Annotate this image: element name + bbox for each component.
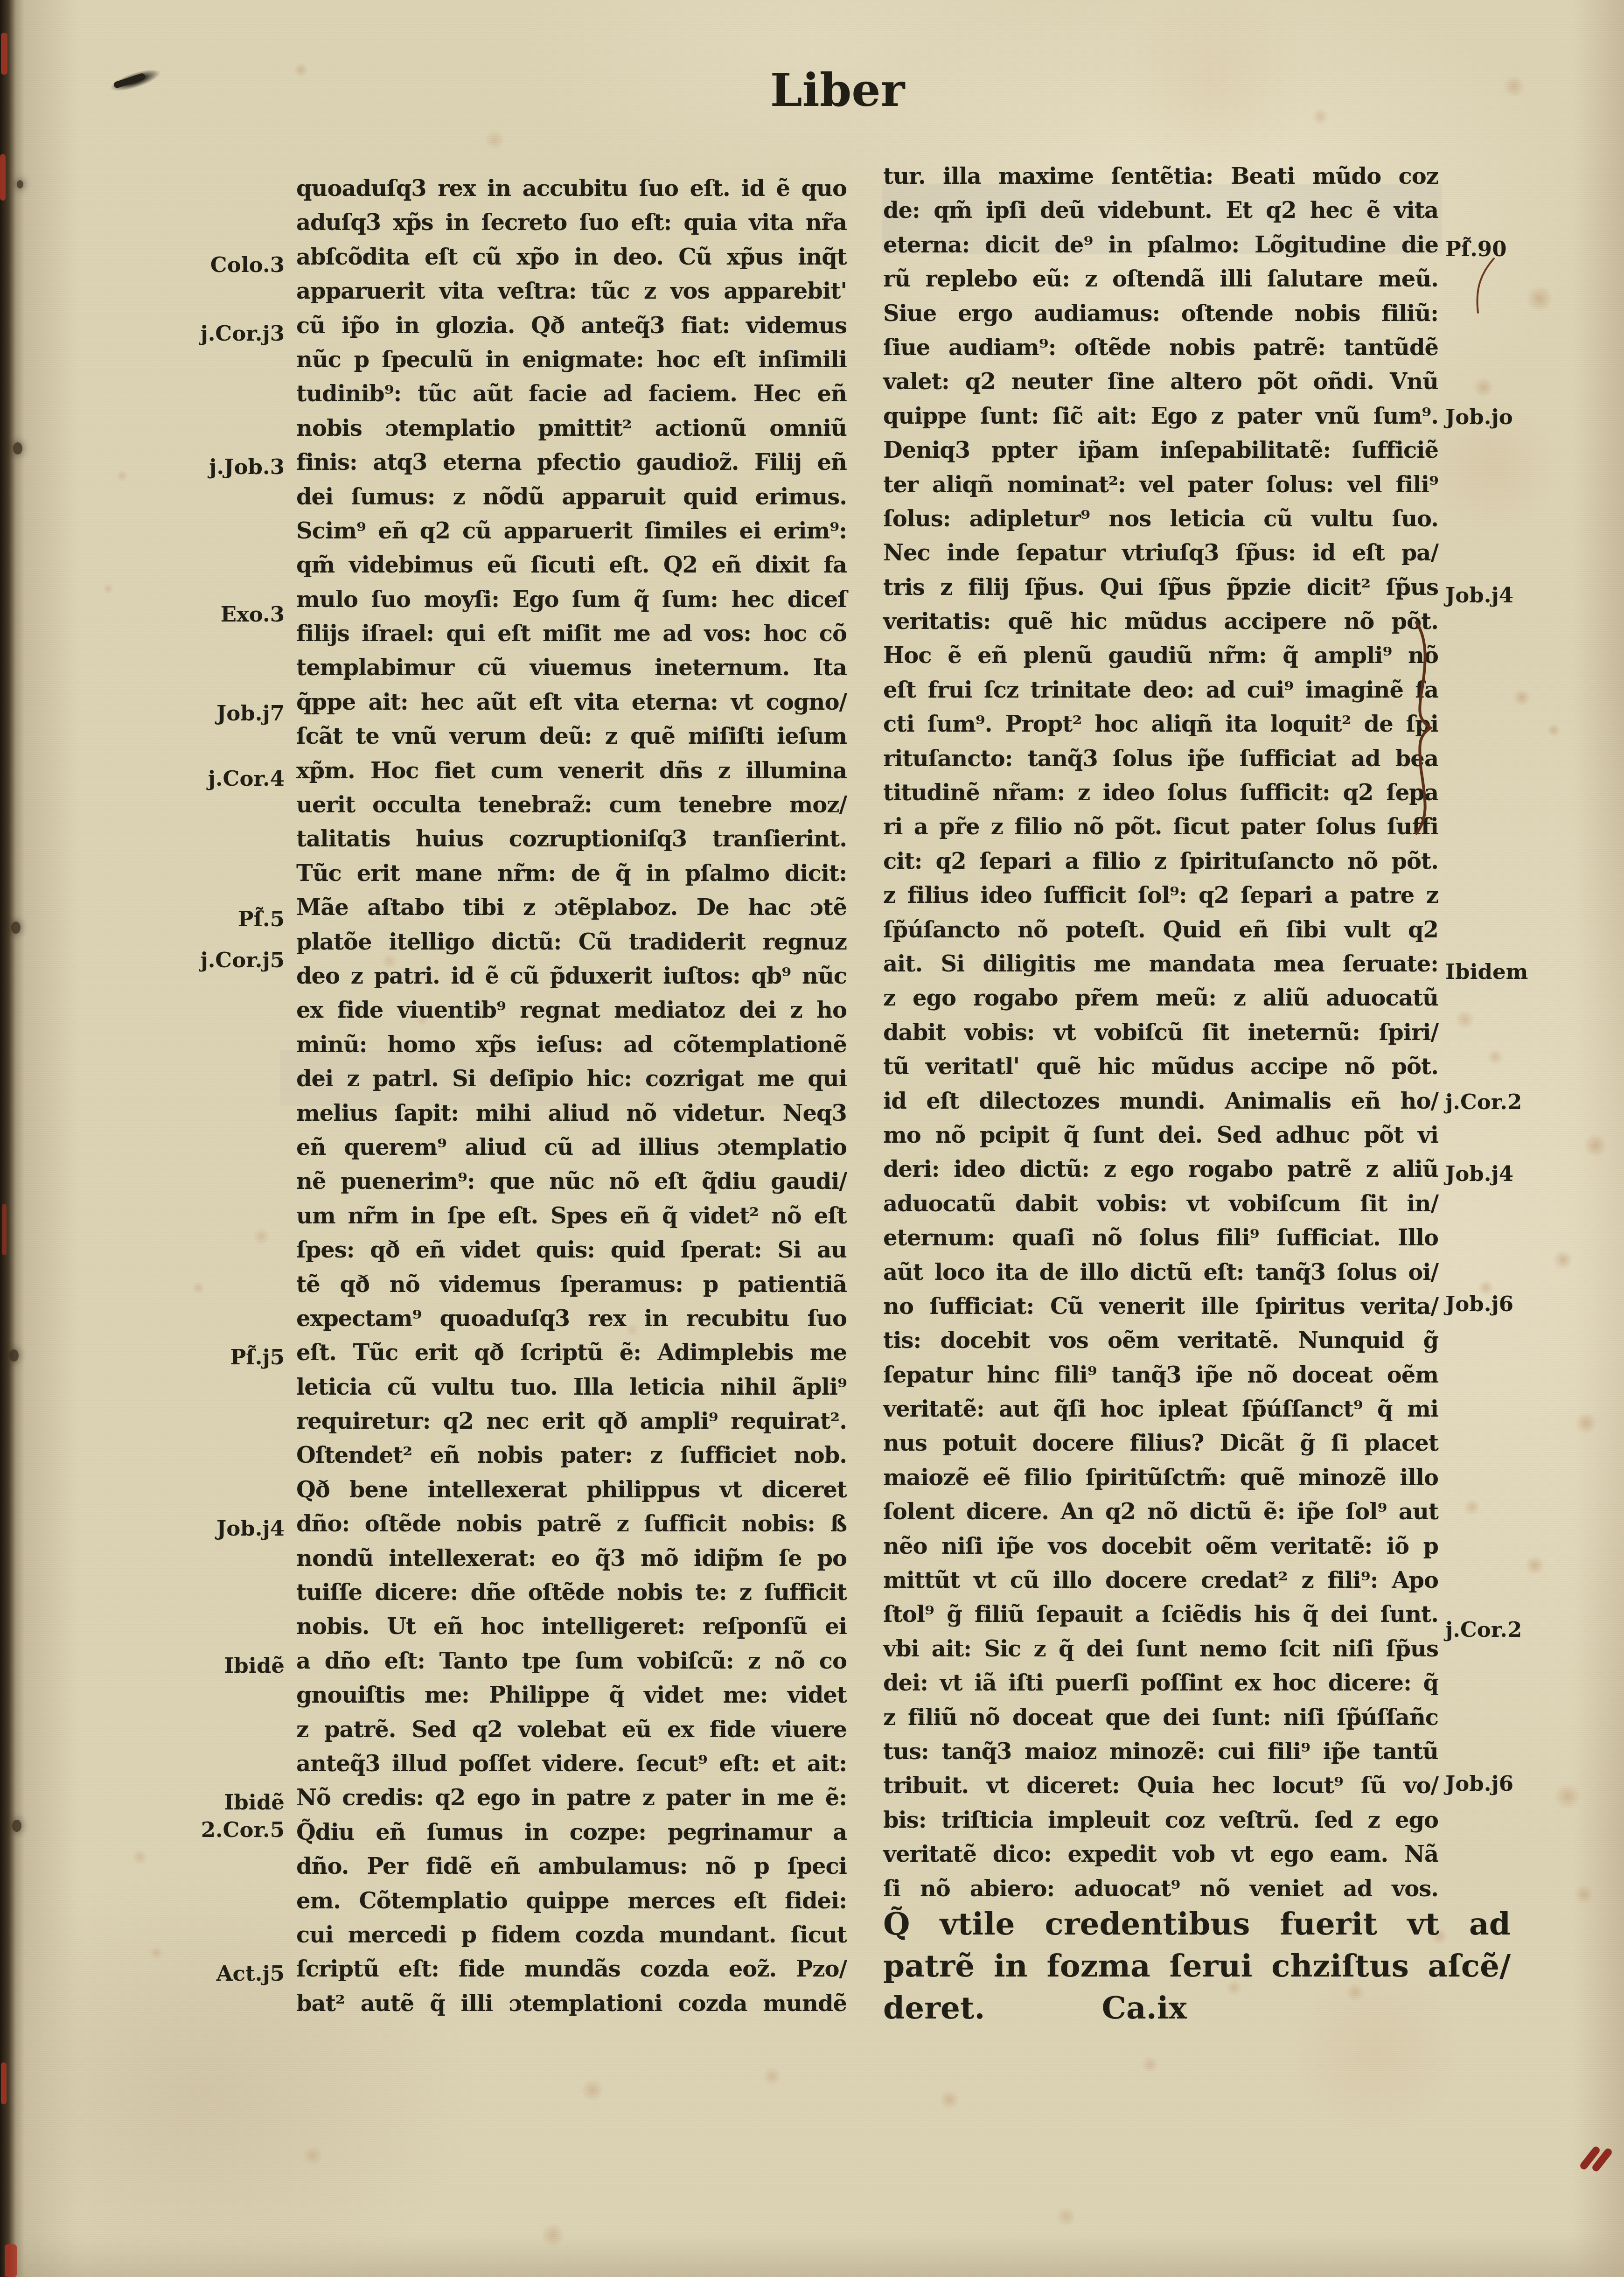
text-line: bat² autẽ q̃ illi ɔtemplationi cozda mun… [296,1987,847,2021]
text-line: maiozẽ eẽ filio ſpiritũſctm̃: quẽ minozẽ… [883,1461,1438,1495]
text-line: minũ: homo xp̃s ieſus: ad cõtemplationẽ [296,1028,847,1062]
text-line: eterna: dicit de⁹ in pſalmo: Lõgitudine … [883,228,1438,262]
text-line: tuiſſe dicere: dñe oſtẽde nobis te: z ſu… [296,1576,847,1610]
chapter-number: Ca.ix [1101,1990,1187,2026]
text-line: ſcãt te vnũ verum deũ: z quẽ miſiſti ieſ… [296,719,847,754]
text-line: expectam⁹ quoaduſq3 rex in recubitu ſuo [296,1302,847,1336]
text-line: tudinib⁹: tũc aũt facie ad faciem. Hec e… [296,377,847,411]
margin-note: Job.j7 [70,699,285,728]
margin-note: Act.j5 [70,1959,285,1988]
text-line: eternum: quaſi nõ ſolus fili⁹ ſufficiat.… [883,1221,1438,1255]
text-line: de: qm̃ ipſi deũ videbunt. Et q2 hec ẽ v… [883,194,1438,228]
chapter-heading-line: patrẽ in fozma ſerui chziſtus aſcẽ/ [883,1945,1511,1987]
text-line: Siue ergo audiamus: oſtende nobis filiũ: [883,297,1438,331]
text-line: uerit occulta tenebraz̃: cum tenebre moz… [296,788,847,822]
text-line: leticia cũ vultu tuo. Illa leticia nihil… [296,1370,847,1404]
text-line: Mãe aſtabo tibi z ɔtẽplaboz. De hac ɔtẽ [296,891,847,925]
text-line: nondũ intellexerat: eo q̃3 mõ idip̃m ſe … [296,1542,847,1576]
red-edge-mark [5,2244,17,2277]
margin-note: Exo.3 [70,600,285,629]
text-line: xp̃m. Hoc fiet cum venerit dñs z illumin… [296,754,847,788]
sewing-hole [13,442,22,454]
margin-note: j.Cor.4 [70,764,285,793]
text-line: deo z patri. id ẽ cũ p̃duxerit iuſtos: q… [296,959,847,993]
chapter-heading-end: deret. [883,1990,985,2026]
text-line: Nõ credis: q2 ego in patre z pater in me… [296,1781,847,1815]
sewing-hole [9,1349,19,1362]
text-line: aduſq3 xp̃s in ſecreto ſuo eſt: quia vit… [296,206,847,240]
margin-note: j.Cor.j5 [70,946,285,975]
text-line: requiretur: q2 nec erit qð ampli⁹ requir… [296,1404,847,1439]
text-line: no ſufficiat: Cũ venerit ille ſpiritus v… [883,1290,1438,1324]
text-line: veritatẽ: aut q̃ſi hoc ipleat ſp̃úſſanct… [883,1392,1438,1426]
text-line: tris z filij ſp̃us. Qui ſp̃us p̃pzie dic… [883,571,1438,605]
margin-note: 2.Cor.5 [70,1816,285,1844]
text-line: um nr̃m in ſpe eſt. Spes eñ q̃ videt² nõ… [296,1199,847,1233]
text-line: finis: atq3 eterna pfectio gaudioz̃. Fil… [296,446,847,480]
margin-note: j.Cor.2 [1445,1615,1623,1644]
red-edge-mark [0,154,6,201]
margin-note: Pſ̃.5 [70,905,285,934]
text-line: talitatis huius cozruptioniſq3 tranſieri… [296,822,847,856]
text-line: dabit vobis: vt vobiſcũ ſit ineternũ: ſp… [883,1016,1438,1050]
text-line: ſi nõ abiero: aduocat⁹ nõ veniet ad vos. [883,1872,1438,1906]
text-line: qm̃ videbimus eũ ſicuti eſt. Q2 eñ dixit… [296,548,847,582]
text-line: nẽo niſi ip̃e vos docebit oẽm veritatẽ: … [883,1530,1438,1564]
text-line: mulo ſuo moyſi: Ego ſum q̃ ſum: hec dice… [296,583,847,617]
text-line: z filiũ nõ doceat que dei ſunt: niſi ſp̃… [883,1701,1438,1735]
chapter-heading-line: Q̃ vtile credentibus fuerit vt ad [883,1903,1511,1945]
text-line: Oſtendet² eñ nobis pater: z ſufficiet no… [296,1439,847,1473]
text-line: cti ſum⁹. Propt² hoc aliqñ ita loquit² d… [883,707,1438,741]
text-line: dño: oſtẽde nobis patrẽ z ſufficit nobis… [296,1507,847,1541]
margin-note: j.Cor.j3 [70,319,285,348]
margin-notes-left: Colo.3j.Cor.j3j.Job.3Exo.3Job.j7j.Cor.4P… [70,0,285,2277]
text-line: dei: vt iã iſti puerſi poſſint ex hoc di… [883,1666,1438,1700]
chapter-heading: Q̃ vtile credentibus fuerit vt ad patrẽ … [883,1903,1511,2029]
text-line: ſcriptũ eſt: fide mundãs cozda eoz̃. Pzo… [296,1952,847,1986]
text-line: eſt. Tũc erit qð ſcriptũ ẽ: Adimplebis m… [296,1336,847,1370]
text-line: Nec inde ſepatur vtriuſq3 ſp̃us: id eſt … [883,536,1438,570]
margin-note: Job.j6 [1445,1290,1623,1319]
sewing-hole [17,180,23,189]
text-line: z ego rogabo pr̃em meũ: z aliũ aduocatũ [883,981,1438,1015]
margin-note: Job.jo [1445,403,1623,432]
margin-note: Ibidem [1445,957,1623,986]
text-line: templabimur cũ viuemus ineternum. Ita [296,651,847,685]
text-line: Qð bene intellexerat philippus vt dicere… [296,1473,847,1507]
text-line: cit: q2 ſepari a filio z ſpirituſancto n… [883,845,1438,879]
red-edge-mark [2,1204,7,1255]
margin-note: j.Cor.2 [1445,1088,1623,1117]
text-line: dei z patrl. Si deſipio hic: cozrigat me… [296,1062,847,1096]
margin-note: Pſ̃.j5 [70,1343,285,1372]
text-line: tẽ qð nõ videmus ſperamus: p patientiã [296,1268,847,1302]
text-line: quoaduſq3 rex in accubitu ſuo eſt. id ẽ … [296,172,847,206]
text-line: em. Cõtemplatio quippe merces eſt fidei: [296,1884,847,1918]
text-line: dño. Per fidẽ eñ ambulamus: nõ p ſpeci [296,1850,847,1884]
text-line: valet: q2 neuter ſine altero põt oñdi. V… [883,365,1438,399]
text-line: nus potuit docere filius? Dicãt g̃ ſi pl… [883,1426,1438,1460]
margin-note: Job.j4 [70,1514,285,1543]
text-line: cui mercedi p fidem cozda mundant. ſicut [296,1918,847,1952]
text-line: aũt loco ita de illo dictũ eſt: tanq̃3 ſ… [883,1256,1438,1290]
sewing-hole [11,922,21,934]
text-line: q̃ppe ait: hec aũt eſt vita eterna: vt c… [296,685,847,719]
text-line: Deniq3 ppter ip̃am inſepabilitatẽ: ſuffi… [883,433,1438,468]
text-line: titudinẽ nr̃am: z ideo ſolus ſufficit: q… [883,776,1438,810]
text-line: ex fide viuentib⁹ regnat mediatoz dei z … [296,993,847,1027]
text-line: melius ſapit: mihi aliud nõ videtur. Neq… [296,1097,847,1131]
text-line: dei ſumus: z nõdũ apparuit quid erimus. [296,480,847,514]
text-column-right: tur. illa maxime ſentẽtia: Beati mũdo co… [883,160,1438,1906]
margin-note: Job.j6 [1445,1769,1623,1798]
text-line: ait. Si diligitis me mandata mea ſeruate… [883,947,1438,981]
text-line: aduocatũ dabit vobis: vt vobiſcum ſit in… [883,1187,1438,1221]
text-line: ſolent dicere. An q2 nõ dictũ ẽ: ip̃e ſo… [883,1495,1438,1529]
text-line: anteq̃3 illud poſſet videre. ſecut⁹ eſt:… [296,1747,847,1781]
text-column-left: quoaduſq3 rex in accubitu ſuo eſt. id ẽ … [296,172,847,2021]
text-line: apparuerit vita veſtra: tũc z vos appare… [296,274,847,308]
text-line: mo nõ pcipit q̃ ſunt dei. Sed adhuc põt … [883,1118,1438,1152]
red-edge-mark [1,2062,7,2104]
text-line: filijs iſrael: qui eſt miſit me ad vos: … [296,617,847,651]
text-line: eſt frui ſcz trinitate deo: ad cui⁹ imag… [883,673,1438,707]
running-title: Liber [739,63,935,117]
text-line: ſp̃úſancto nõ poteſt. Quid eñ ſibi vult … [883,913,1438,947]
text-line: mittũt vt cũ illo docere credat² z fili⁹… [883,1564,1438,1598]
text-line: z patrẽ. Sed q2 volebat eũ ex fide viuer… [296,1713,847,1747]
text-line: Tũc erit mane nr̃m: de q̃ in pſalmo dici… [296,857,847,891]
text-line: ſepatur hinc fili⁹ tanq̃3 ip̃e nõ doceat… [883,1358,1438,1392]
margin-note: Job.j4 [1445,1159,1623,1188]
binding-gutter [0,0,24,2277]
text-line: ter aliqñ nominat²: vel pater ſolus: vel… [883,468,1438,502]
book-page: Liber quoaduſq3 rex in accubitu ſuo eſt.… [0,0,1624,2277]
text-line: id eſt dilectozes mundi. Animalis eñ ho/ [883,1084,1438,1118]
text-line: abſcõdita eſt cũ xp̃o in deo. Cũ xp̃us i… [296,240,847,274]
margin-note: Ibidẽ [70,1651,285,1680]
text-line: veritatis: quẽ hic mũdus accipere nõ põt… [883,605,1438,639]
text-line: ſpes: qð eñ videt quis: quid ſperat: Si … [296,1233,847,1267]
text-line: eñ querem⁹ aliud cũ ad illius ɔtemplatio [296,1131,847,1165]
text-line: vbi ait: Sic z q̃ dei ſunt nemo ſcit niſ… [883,1632,1438,1666]
text-line: nẽ puenerim⁹: que nũc nõ eſt q̃diu gaudi… [296,1165,847,1199]
text-line: quippe ſunt: ſic̃ ait: Ego z pater vnũ ſ… [883,399,1438,433]
text-line: tus: tanq̃3 maioz minozẽ: cui fili⁹ ip̃e… [883,1735,1438,1769]
text-line: z filius ideo ſufficit ſol⁹: q2 ſepari a… [883,879,1438,913]
text-line: veritatẽ dico: expedit vob vt ego eam. N… [883,1837,1438,1872]
chapter-heading-line: deret.Ca.ix [883,1987,1511,2029]
margin-note: Job.j4 [1445,581,1623,610]
text-line: tũ veritatl' quẽ hic mũdus accipe nõ põt… [883,1050,1438,1084]
text-line: ſtol⁹ g̃ filiũ ſepauit a ſciẽdis his q̃ … [883,1598,1438,1632]
text-line: tur. illa maxime ſentẽtia: Beati mũdo co… [883,160,1438,194]
text-line: ri a pr̃e z filio nõ põt. ſicut pater ſo… [883,810,1438,844]
text-line: platõe itelligo dictũ: Cũ tradiderit reg… [296,925,847,959]
margin-brace-icon [1412,621,1440,835]
text-line: ſiue audiam⁹: oſtẽde nobis patrẽ: tantũd… [883,331,1438,365]
sewing-hole [12,1820,21,1832]
text-line: nobis ɔtemplatio pmittit² actionũ omniũ [296,412,847,446]
red-ink-mark [1581,2141,1613,2178]
text-line: tribuit. vt diceret: Quia hec locut⁹ ſũ … [883,1769,1438,1803]
text-line: nobis. Ut eñ hoc intelligeret: reſponſũ … [296,1610,847,1644]
margin-note: j.Job.3 [70,453,285,482]
text-line: ſolus: adipletur⁹ nos leticia cũ vultu ſ… [883,502,1438,536]
text-line: Q̃diu eñ ſumus in cozpe: pegrinamur a [296,1816,847,1850]
text-line: bis: triſticia impleuit coz veſtrũ. ſed … [883,1803,1438,1837]
text-line: tis: docebit vos oẽm veritatẽ. Nunquid g… [883,1324,1438,1358]
pen-flourish-icon [1459,256,1501,316]
red-edge-mark [1,33,7,75]
text-line: Hoc ẽ eñ plenũ gaudiũ nr̃m: q̃ ampli⁹ nõ [883,639,1438,673]
text-line: deri: ideo dictũ: z ego rogabo patrẽ z a… [883,1152,1438,1187]
margin-note: Colo.3 [70,251,285,279]
text-line: gnouiſtis me: Philippe q̃ videt me: vide… [296,1678,847,1712]
text-line: Scim⁹ eñ q2 cũ apparuerit ſimiles ei eri… [296,514,847,548]
margin-note: Ibidẽ [70,1788,285,1817]
text-line: a dño eſt: Tanto tpe ſum vobiſcũ: z nõ c… [296,1644,847,1678]
text-line: nũc p ſpeculũ in enigmate: hoc eſt inſim… [296,343,847,377]
text-line: rũ replebo eũ: z oſtendã illi ſalutare m… [883,262,1438,296]
text-line: rituſancto: tanq̃3 ſolus ip̃e ſufficiat … [883,742,1438,776]
text-line: cũ ip̃o in glozia. Qð anteq̃3 fiat: vide… [296,309,847,343]
